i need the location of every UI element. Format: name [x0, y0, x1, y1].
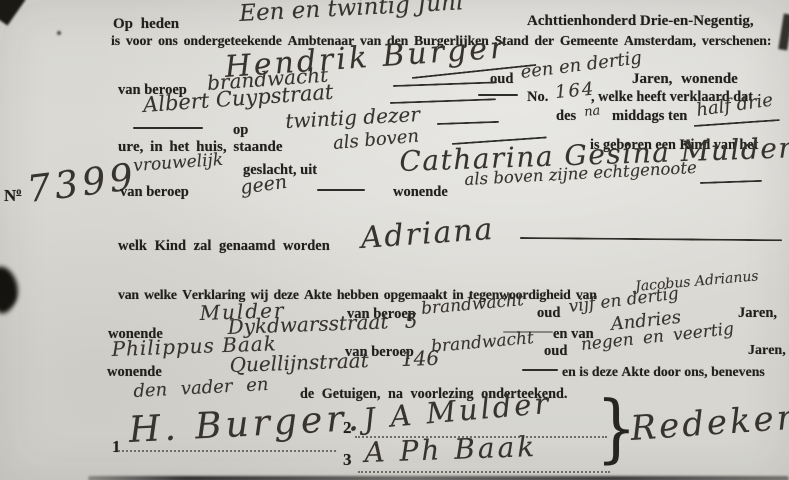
fill-line: [393, 81, 497, 87]
printed-op: op: [233, 122, 248, 139]
fill-line: [700, 180, 762, 184]
printed-op-heden: Op heden: [113, 16, 179, 33]
scan-edge-mark: [778, 14, 789, 51]
scan-speck: [57, 31, 61, 35]
hw-declarant-age: een en dertig: [519, 47, 643, 83]
akte-number: 7399: [25, 155, 140, 211]
printed-wonende-1: wonende: [393, 184, 448, 201]
hw-witness2-beroep: brandwacht: [430, 328, 534, 357]
signature-line: [358, 471, 610, 473]
signature-number-2: 2: [343, 418, 352, 438]
margin-no-label: No: [4, 186, 21, 206]
fill-line: [522, 369, 558, 371]
scan-corner-mark: [0, 0, 26, 26]
signature-official: Redeker: [629, 398, 789, 449]
scan-bottom-strip: [88, 476, 789, 480]
signature-number-3: 3: [343, 450, 352, 470]
hw-date: Een en twintig Juni: [239, 0, 464, 27]
printed-oud: oud: [490, 71, 513, 88]
printed-kind-genaamd: welk Kind zal genaamd worden: [118, 238, 330, 255]
fill-line: [133, 127, 203, 129]
printed-jaren-3: Jaren,: [748, 343, 786, 359]
birth-certificate-scan: No 7399 Op heden Een en twintig Juni Ach…: [0, 0, 789, 480]
printed-jaren-wonende: Jaren, wonende: [632, 71, 738, 88]
signature-witness2: A Ph Baak: [364, 430, 538, 469]
signature-father: H. Burger.: [128, 398, 364, 451]
printed-jaren-2: Jaren,: [738, 305, 777, 322]
hw-dagdeel: na: [583, 103, 601, 120]
hw-house-number: 164: [554, 79, 596, 103]
printed-no: No.: [527, 89, 548, 106]
printed-verklaring: van welke Verklaring wij deze Akte hebbe…: [118, 287, 597, 303]
printed-akte-door-ons: en is deze Akte door ons, benevens: [562, 364, 765, 380]
fill-line: [520, 237, 782, 241]
printed-middags-ten: middags ten: [612, 108, 687, 125]
hw-child-name: Adriana: [360, 212, 496, 256]
printed-wonende-3: wonende: [107, 364, 162, 381]
signature-number-1: 1: [112, 437, 121, 457]
fill-line: [437, 121, 499, 125]
signature-line: [118, 450, 336, 452]
printed-oud-3: oud: [544, 343, 567, 360]
margin-no-sup: o: [16, 186, 21, 197]
printed-van-beroep-2: van beroep: [120, 184, 189, 201]
printed-year: Achttienhonderd Drie-en-Negentig,: [527, 13, 754, 30]
printed-des: des: [556, 108, 576, 125]
fill-line: [478, 94, 518, 96]
fill-line: [694, 119, 780, 127]
printed-oud-2: oud: [537, 305, 560, 322]
fill-line: [317, 189, 365, 191]
